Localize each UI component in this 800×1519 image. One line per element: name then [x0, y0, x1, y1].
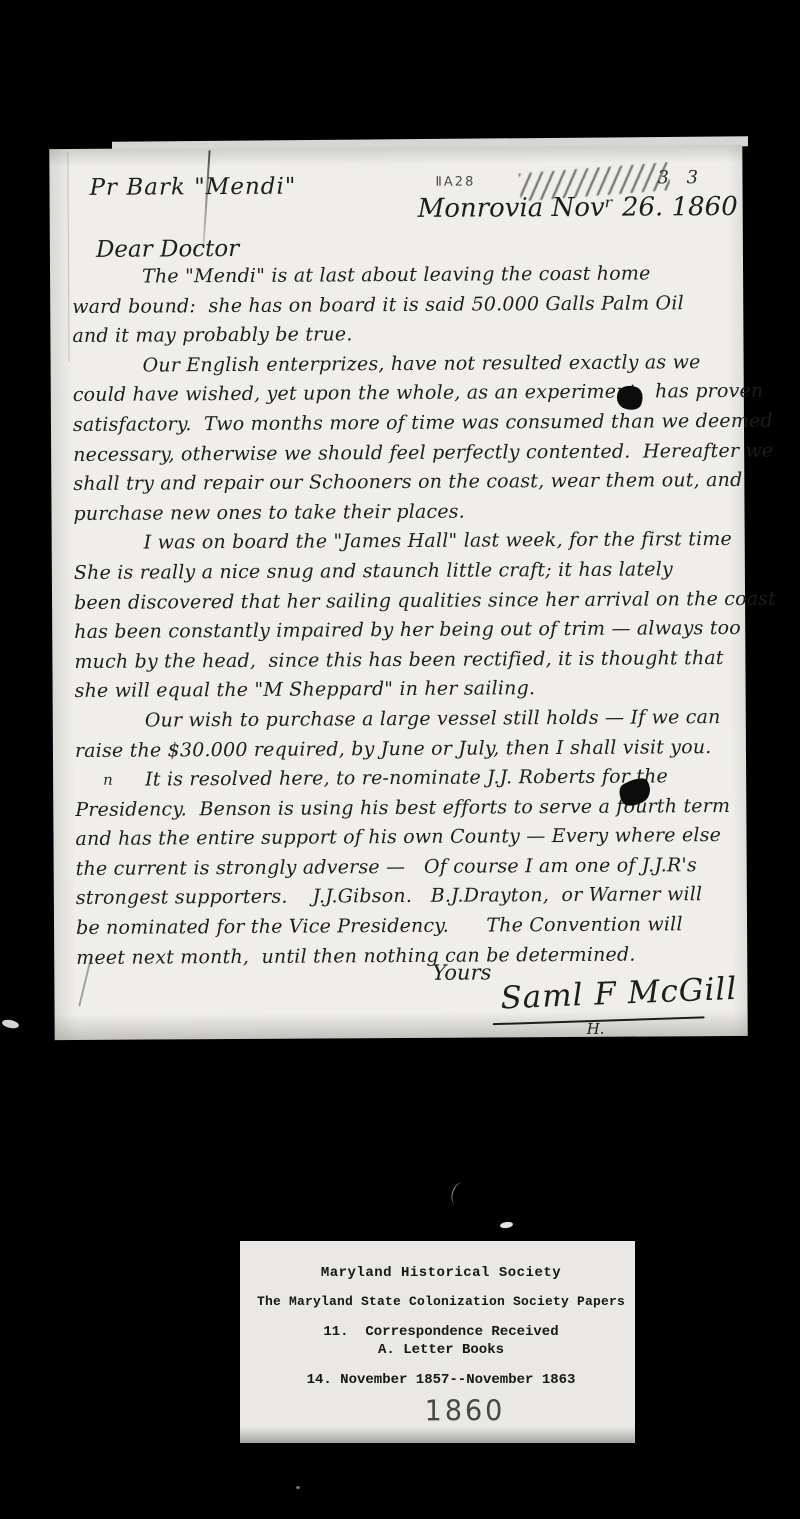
archive-stamp: ⅡA28 [435, 175, 475, 190]
card-subseries: A. Letter Books [255, 1342, 627, 1358]
letter-line-text: I was on board the "James Hall" last wee… [144, 528, 732, 554]
letter-line-text: and it may probably be true. [72, 323, 352, 347]
letter-line-text: could have wished, yet upon the whole, a… [73, 380, 764, 406]
letter-line: She is really a nice snug and staunch li… [74, 555, 734, 589]
letter-line: and it may probably be true. [72, 318, 732, 352]
letter-line-text: Our wish to purchase a large vessel stil… [145, 706, 721, 732]
letter-line-text: meet next month, until then nothing can … [76, 943, 635, 968]
letter-line: strongest supporters. J.J.Gibson. B.J.Dr… [76, 880, 736, 914]
letter-line-text: ward bound: she has on board it is said … [72, 292, 684, 318]
closing: Yours [432, 960, 491, 984]
letter-line-text: purchase new ones to take their places. [73, 500, 465, 524]
card-collection: The Maryland State Colonization Society … [255, 1294, 627, 1309]
letter-line: Our wish to purchase a large vessel stil… [75, 703, 735, 737]
dateline: Monrovia Novʳ 26. 1860 [418, 192, 738, 224]
letter-line-text: The "Mendi" is at last about leaving the… [142, 262, 651, 287]
signature-flourish: H. [587, 1020, 605, 1038]
letter-line: shall try and repair our Schooners on th… [73, 466, 733, 500]
card-volume: 14. November 1857--November 1863 [255, 1372, 627, 1388]
catalog-card: Maryland Historical Society The Maryland… [240, 1241, 635, 1443]
letter-line-text: the current is strongly adverse — Of cou… [76, 854, 697, 880]
letter-line: raise the $30.000 required, by June or J… [75, 732, 735, 766]
letter-line: been discovered that her sailing qualiti… [74, 584, 734, 618]
letter-line-text: been discovered that her sailing qualiti… [74, 587, 776, 613]
letter-line-text: She is really a nice snug and staunch li… [74, 558, 673, 584]
letter-line: be nominated for the Vice Presidency. Th… [76, 910, 736, 944]
catalog-card-text: Maryland Historical Society The Maryland… [255, 1241, 627, 1427]
letter-line: Our English enterprizes, have not result… [73, 348, 733, 382]
signature: Saml F McGill [500, 971, 738, 1017]
letter-line: and has the entire support of his own Co… [75, 821, 735, 855]
letter-line: the current is strongly adverse — Of cou… [76, 851, 736, 885]
letter-line-text: necessary, otherwise we should feel perf… [73, 439, 773, 465]
letter-line-text: has been constantly impaired by her bein… [74, 617, 741, 643]
salutation: Dear Doctor [96, 236, 239, 263]
letter-line-text: It is resolved here, to re-nominate J.J.… [145, 765, 668, 790]
letter-line-text: shall try and repair our Schooners on th… [73, 469, 742, 495]
route-note: Pr Bark "Mendi" [89, 174, 296, 201]
film-speck [500, 1221, 514, 1229]
card-series: 11. Correspondence Received [255, 1324, 627, 1340]
letter-line-text: raise the $30.000 required, by June or J… [75, 736, 712, 762]
letter-body: The "Mendi" is at last about leaving the… [72, 259, 736, 973]
letter-line: ward bound: she has on board it is said … [72, 289, 732, 323]
letter-line: purchase new ones to take their places. [73, 496, 733, 530]
photo-background: Pr Bark "Mendi" ⅡA28 3 3 Monrovia Novʳ 2… [0, 0, 800, 1519]
letter-line: has been constantly impaired by her bein… [74, 614, 734, 648]
letter-line-text: Our English enterprizes, have not result… [143, 351, 701, 376]
card-title: Maryland Historical Society [255, 1265, 627, 1281]
letter-line: I was on board the "James Hall" last wee… [74, 525, 734, 559]
letter-line: much by the head, since this has been re… [74, 644, 734, 678]
film-speck [1, 1018, 19, 1029]
film-scratch [449, 1180, 471, 1207]
letter-line: satisfactory. Two months more of time wa… [73, 407, 733, 441]
page-fold-line [67, 152, 69, 362]
film-speck [296, 1486, 300, 1489]
letter-line-text: satisfactory. Two months more of time wa… [73, 410, 773, 436]
letter-line-text: be nominated for the Vice Presidency. Th… [76, 913, 683, 939]
letter-line: The "Mendi" is at last about leaving the… [72, 259, 732, 293]
letter-line-text: she will equal the "M Sheppard" in her s… [75, 677, 536, 702]
letter-line-text: much by the head, since this has been re… [74, 647, 723, 673]
card-year: 1860 [303, 1395, 627, 1428]
letter-line: necessary, otherwise we should feel perf… [73, 437, 733, 471]
letter-line-text: and has the entire support of his own Co… [75, 824, 721, 850]
letter-line-text: strongest supporters. J.J.Gibson. B.J.Dr… [76, 884, 703, 910]
margin-note: n [103, 766, 113, 796]
page-number: 3 3 [657, 167, 704, 188]
letter-line: she will equal the "M Sheppard" in her s… [75, 673, 735, 707]
letter-line: meet next month, until then nothing can … [76, 940, 736, 974]
letter-sheet: Pr Bark "Mendi" ⅡA28 3 3 Monrovia Novʳ 2… [49, 145, 747, 1040]
